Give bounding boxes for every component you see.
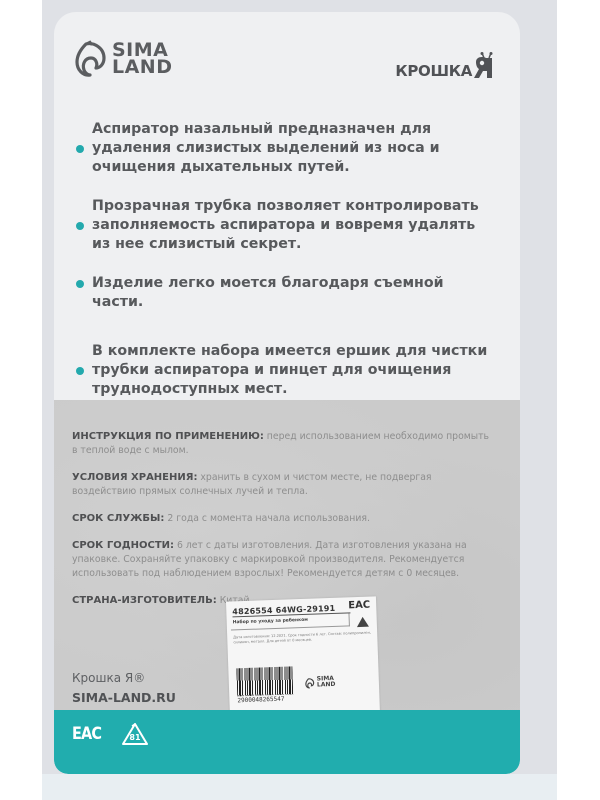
barcode-number: 2900048265547 (237, 696, 284, 705)
instruction-item: ИНСТРУКЦИЯ ПО ПРИМЕНЕНИЮ: перед использо… (72, 430, 497, 458)
website-text: SIMA-LAND.RU (72, 688, 176, 708)
bullet-dot-icon (76, 280, 84, 288)
dolphin-icon (305, 677, 315, 688)
instruction-item: СРОК СЛУЖБЫ: 2 года с момента начала исп… (72, 512, 497, 526)
package-card: SIMA LAND КРОШКА Аспиратор назальный пре… (54, 12, 520, 774)
instruction-item: СРОК ГОДНОСТИ: 6 лет с даты изготовления… (72, 539, 497, 581)
instruction-item: УСЛОВИЯ ХРАНЕНИЯ: хранить в сухом и чист… (72, 471, 497, 499)
label-fine-print: Дата изготовления: 12.2021. Срок годност… (233, 631, 371, 646)
bullet-dot-icon (76, 367, 84, 375)
bullet-dot-icon (76, 222, 84, 230)
instruction-label: УСЛОВИЯ ХРАНЕНИЯ: (72, 472, 197, 483)
sima-wordmark-line2: LAND (112, 59, 172, 76)
feature-text: Аспиратор назальный предназначен для уда… (92, 121, 440, 175)
feature-text: Прозрачная трубка позволяет контролирова… (92, 198, 479, 252)
feature-item: Аспиратор назальный предназначен для уда… (74, 120, 494, 177)
trademark-text: Крошка Я® (72, 668, 176, 688)
feature-list: Аспиратор назальный предназначен для уда… (74, 120, 494, 419)
instruction-label: СРОК ГОДНОСТИ: (72, 540, 174, 551)
instructions-section: ИНСТРУКЦИЯ ПО ПРИМЕНЕНИЮ: перед использо… (54, 400, 520, 710)
sima-land-logo: SIMA LAND (74, 40, 172, 78)
feature-item: В комплекте набора имеется ершик для чис… (74, 342, 494, 399)
surface-strip (42, 774, 557, 800)
label-sima-logo: SIMA LAND (305, 676, 336, 689)
barcode-icon (236, 666, 293, 696)
label-sima-line2: LAND (317, 682, 336, 689)
product-label-sticker: 4826554 64WG-29191 EAC Набор по уходу за… (226, 596, 380, 719)
kroshka-wordmark: КРОШКА (395, 62, 472, 80)
feature-text: В комплекте набора имеется ершик для чис… (92, 343, 487, 397)
instruction-text: 2 года с момента начала использования. (167, 513, 370, 524)
recycle-icon: 81 (120, 722, 150, 748)
feature-item: Изделие легко моется благодаря съемной ч… (74, 274, 494, 312)
certification-band: EAC 81 (54, 710, 520, 774)
dolphin-icon (74, 40, 108, 78)
recycle-code: 81 (129, 733, 141, 742)
feature-text: Изделие легко моется благодаря съемной ч… (92, 275, 444, 310)
kroshka-ya-logo: КРОШКА (395, 52, 496, 80)
eac-mark-small: EAC (348, 600, 370, 612)
warning-triangle-icon (357, 617, 369, 627)
instructions-list: ИНСТРУКЦИЯ ПО ПРИМЕНЕНИЮ: перед использо… (72, 430, 497, 621)
instruction-label: СРОК СЛУЖБЫ: (72, 513, 164, 524)
bullet-dot-icon (76, 145, 84, 153)
giraffe-ya-icon (472, 52, 496, 80)
feature-item: Прозрачная трубка позволяет контролирова… (74, 197, 494, 254)
eac-mark: EAC (72, 724, 101, 744)
brand-info: Крошка Я® SIMA-LAND.RU (72, 668, 176, 708)
instruction-label: СТРАНА-ИЗГОТОВИТЕЛЬ: (72, 595, 217, 606)
instruction-label: ИНСТРУКЦИЯ ПО ПРИМЕНЕНИЮ: (72, 431, 264, 442)
package-header: SIMA LAND КРОШКА (54, 12, 520, 102)
